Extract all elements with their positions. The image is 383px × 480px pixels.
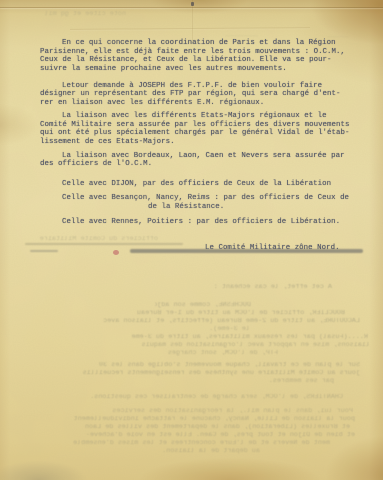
bleedthrough-line: DUCHESNE, comme son adjoint.	[155, 302, 251, 310]
red-ink-speck	[113, 250, 119, 255]
paper-texture-overlay	[0, 0, 383, 480]
typed-line: des officiers de l'O.C.M.	[40, 160, 152, 168]
typewritten-text-layer: En ce qui concerne la coordination de Pa…	[0, 0, 383, 480]
typed-line: désigner un représentant des FTP par rég…	[40, 90, 341, 98]
typed-line: La liaison avec Bordeaux, Laon, Caen et …	[62, 152, 345, 160]
bleedthrough-line: ment de Nevers et de l'Eure concentrées …	[30, 440, 330, 448]
signature-line: Le Comité Militaire zône Nord.	[205, 244, 340, 252]
bleedthrough-text-layer: note citée et gq mil_____________officie…	[0, 0, 383, 480]
bleedthrough-heavy-rule	[25, 243, 183, 245]
typed-line: Celle avec Rennes, Poitiers : par des of…	[62, 218, 340, 226]
bleedthrough-line: par ses membres.	[230, 378, 334, 386]
bleedthrough-line: Pour lui, dans le plan mil., la réorgani…	[95, 408, 353, 416]
typed-line: Celle avec DIJON, par des officiers de C…	[62, 180, 331, 188]
bleedthrough-line: ________	[200, 31, 258, 39]
fold-crease-secondary	[70, 27, 310, 30]
typed-line: La liaison avec les différents Etats-Maj…	[62, 112, 327, 120]
bleedthrough-heavy-rule	[30, 250, 58, 252]
typed-line: Comité Militaire sera assurée par les of…	[40, 121, 349, 129]
bleedthrough-line: pour la liaison de Lille, Nancy, chacune…	[15, 416, 355, 424]
bleedthrough-line: jours au Comité Militaire une synthèse d…	[8, 370, 360, 378]
bleedthrough-line: A cet effet, le cas échéant :	[160, 284, 332, 292]
bleedthrough-line: LACOUTURE, au titre du 2-ème Bureau (eff…	[30, 318, 360, 326]
bleedthrough-line: Sur le plan de ce travail, chaque mouvem…	[20, 362, 360, 370]
scanned-document-page: note citée et gq mil_____________officie…	[0, 0, 383, 480]
bleedthrough-line: le 3-ème).	[150, 326, 250, 334]
bleedthrough-line: officiers du Comité Militaire	[40, 236, 158, 244]
bleedthrough-line: R....(Fusal) par les réseaux militaires,…	[30, 334, 368, 342]
dark-speck	[191, 2, 194, 6]
typed-line: Letour demande à JOSEPH des F.T.P.F. de …	[62, 82, 322, 90]
paper-stains	[0, 0, 383, 480]
bleedthrough-line: CHANTIERS, de l'OCM, sera chargé de cent…	[85, 394, 343, 402]
typed-line: suivre la semaine prochaine avec les aut…	[40, 65, 287, 73]
bleedthrough-line: note citée et gq mil	[30, 11, 126, 19]
bleedthrough-line: et bien de Dijon et tout près, de Caen. …	[15, 432, 355, 440]
typed-line: Celle avec Besançon, Nancy, Reims : par …	[62, 194, 349, 202]
typed-line: rer en liaison avec les différents E.M. …	[40, 99, 264, 107]
typed-line: lissement de ces Etats-Majors.	[40, 138, 175, 146]
bleedthrough-line: et Bruxelles (Libération), dans le dépar…	[15, 424, 350, 432]
typed-line: Parisienne, elle est déjà faite entre le…	[40, 48, 345, 56]
typed-line: Ceux de la Résistance, et Ceux de la Lib…	[40, 56, 332, 64]
bleedthrough-line: FTP, de l'OCM, sont chargés	[150, 350, 278, 358]
bleedthrough-heavy-rule	[130, 249, 363, 253]
bleedthrough-line: _____	[308, 32, 348, 40]
typed-line: qui ont été plus spécialement chargés pa…	[40, 129, 349, 137]
fold-crease-vertical	[192, 0, 193, 42]
bleedthrough-line: au départ de la liaison.	[120, 448, 260, 456]
typed-line: de la Résistance.	[148, 203, 224, 211]
bleedthrough-line: liaisons, mise en rapport avec l'organis…	[30, 342, 370, 350]
bleedthrough-line: BOUCLIER, officier de l'OCM au titre du …	[30, 310, 345, 318]
typed-line: En ce qui concerne la coordination de Pa…	[62, 39, 336, 47]
